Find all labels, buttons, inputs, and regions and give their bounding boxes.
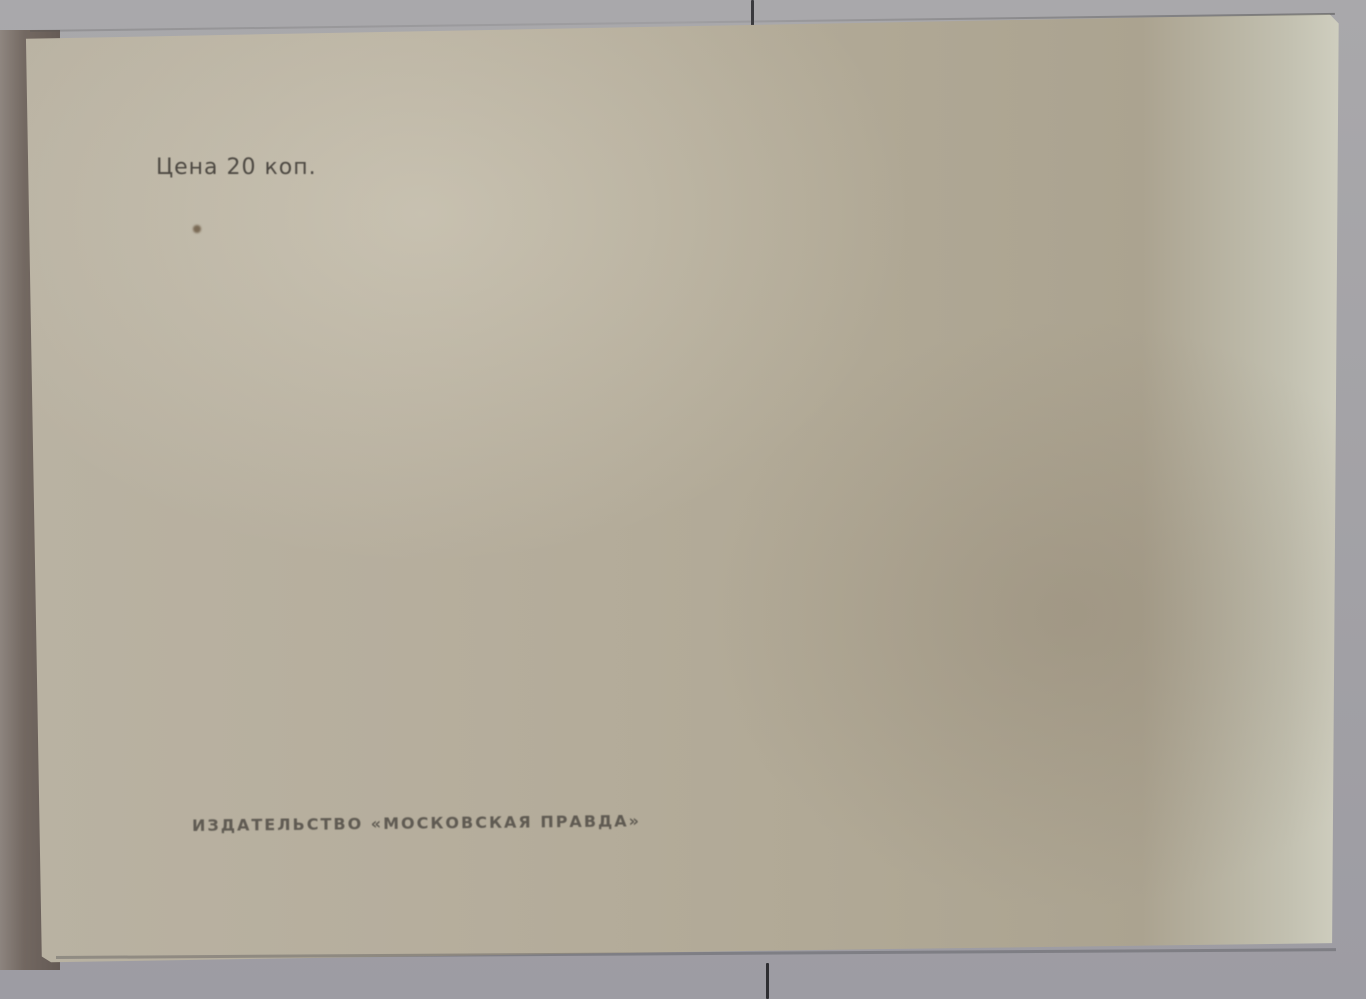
paper-spot	[193, 225, 201, 233]
price-label: Цена 20 коп.	[156, 155, 317, 180]
pin-bottom	[766, 963, 769, 999]
